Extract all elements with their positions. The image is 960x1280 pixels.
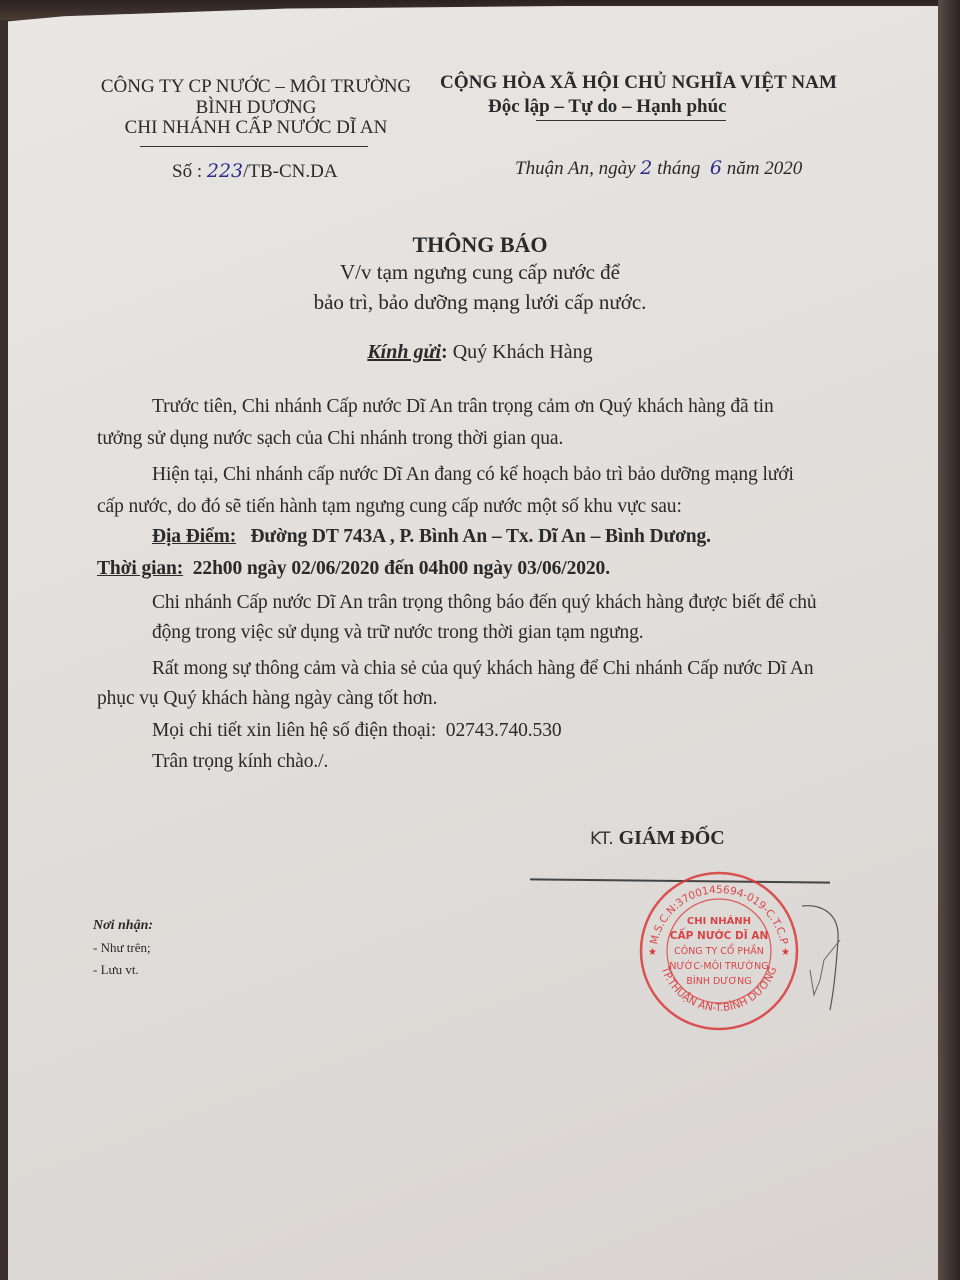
greeting-colon: : [441, 341, 448, 363]
time-label: Thời gian: [97, 558, 183, 579]
svg-text:★: ★ [781, 947, 790, 958]
national-motto: Độc lập – Tự do – Hạnh phúc [488, 96, 727, 118]
recipient-item: - Như trên; [93, 940, 151, 956]
contact-label: Mọi chi tiết xin liên hệ số điện thoại: [152, 720, 436, 741]
background-right [938, 0, 960, 1280]
header-left-rule [140, 146, 368, 147]
company-stamp: M.S.C.N:3700145694-019-C.T.C.P TP.THUẬN … [638, 870, 800, 1032]
location-value: Đường DT 743A , P. Bình An – Tx. Dĩ An –… [250, 526, 710, 547]
document-number: Số : 223/TB-CN.DA [172, 160, 338, 183]
svg-text:★: ★ [648, 947, 657, 958]
signature-title: KT. GIÁM ĐỐC [590, 827, 725, 850]
paragraph1-line1: Trước tiên, Chi nhánh Cấp nước Dĩ An trâ… [152, 396, 774, 418]
contact-line: Mọi chi tiết xin liên hệ số điện thoại: … [152, 720, 562, 742]
number-label: Số : [172, 161, 202, 182]
paragraph2-line2: cấp nước, do đó sẽ tiến hành tạm ngưng c… [97, 496, 682, 518]
location-row: Địa Điểm: Đường DT 743A , P. Bình An – T… [152, 526, 711, 548]
stamp-line3: CÔNG TY CỔ PHẦN [674, 944, 764, 957]
signature-prefix-handwritten: KT. [590, 829, 614, 849]
closing-line: Trân trọng kính chào./. [152, 751, 328, 773]
paragraph2-line1: Hiện tại, Chi nhánh cấp nước Dĩ An đang … [152, 464, 794, 486]
recipient-item: - Lưu vt. [93, 962, 139, 978]
date-month: 6 [710, 157, 722, 179]
contact-phone: 02743.740.530 [446, 720, 562, 741]
signature-scribble [800, 900, 860, 1040]
paragraph1-line2: tưởng sử dụng nước sạch của Chi nhánh tr… [97, 428, 563, 450]
stamp-line5: BÌNH DƯƠNG [686, 975, 751, 987]
greeting: Kính gửi: Quý Khách Hàng [0, 341, 960, 364]
date-day: 2 [640, 157, 652, 179]
document-title: THÔNG BÁO [0, 232, 960, 258]
greeting-label: Kính gửi [367, 341, 441, 363]
republic-title: CỘNG HÒA XÃ HỘI CHỦ NGHĨA VIỆT NAM [440, 72, 837, 94]
branch-name: CHI NHÁNH CẤP NƯỚC DĨ AN [96, 117, 416, 138]
subject-line1: V/v tạm ngưng cung cấp nước để [0, 260, 960, 285]
date-year: năm 2020 [727, 158, 802, 179]
number-handwritten: 223 [207, 160, 243, 182]
paragraph4-line1: Rất mong sự thông cảm và chia sẻ của quý… [152, 658, 814, 680]
time-row: Thời gian: 22h00 ngày 02/06/2020 đến 04h… [97, 558, 610, 580]
paragraph3-line2: động trong việc sử dụng và trữ nước tron… [152, 622, 644, 644]
location-label: Địa Điểm: [152, 526, 236, 547]
signature-role: GIÁM ĐỐC [619, 827, 725, 849]
date-month-label: tháng [657, 158, 700, 179]
subject-line2: bảo trì, bảo dưỡng mạng lưới cấp nước. [0, 290, 960, 315]
date-prefix: Thuận An, ngày [515, 158, 636, 179]
stamp-line1: CHI NHÁNH [687, 914, 751, 927]
recipients-heading: Nơi nhận: [93, 918, 153, 934]
number-suffix: /TB-CN.DA [243, 161, 337, 182]
company-name-line1: CÔNG TY CP NƯỚC – MÔI TRƯỜNG [96, 76, 416, 97]
greeting-recipient: Quý Khách Hàng [448, 341, 593, 363]
stamp-line4: NƯỚC-MÔI TRƯỜNG [669, 960, 768, 972]
company-name-line2: BÌNH DƯƠNG [96, 97, 416, 118]
paragraph3-line1: Chi nhánh Cấp nước Dĩ An trân trọng thôn… [152, 592, 817, 614]
paragraph4-line2: phục vụ Quý khách hàng ngày càng tốt hơn… [97, 688, 437, 710]
stamp-line2: CẤP NƯỚC DĨ AN [670, 927, 768, 942]
document-date: Thuận An, ngày 2 tháng 6 năm 2020 [515, 157, 802, 180]
time-value: 22h00 ngày 02/06/2020 đến 04h00 ngày 03/… [193, 558, 610, 579]
header-right-rule [536, 120, 726, 121]
